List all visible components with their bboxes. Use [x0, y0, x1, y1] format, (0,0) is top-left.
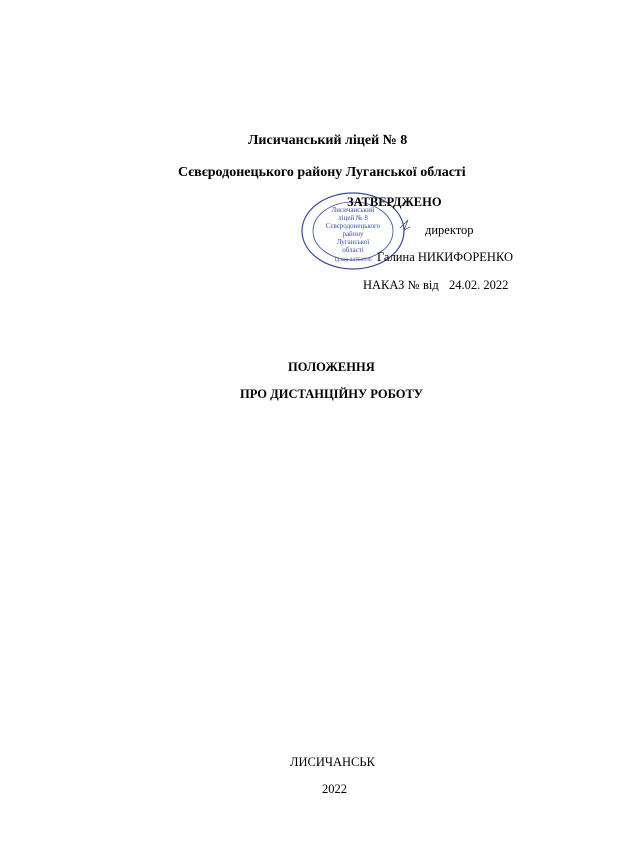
- footer-city: ЛИСИЧАНСЬК: [290, 755, 375, 770]
- footer-year: 2022: [322, 782, 347, 797]
- document-title: ПОЛОЖЕННЯ: [288, 360, 375, 375]
- order-number-label: НАКАЗ №: [363, 278, 419, 293]
- stamp-line: Сєвєродонецького: [326, 222, 381, 230]
- stamp-line: району: [342, 230, 364, 238]
- stamp-line: Луганської: [337, 238, 370, 246]
- school-name: Лисичанський ліцей № 8: [248, 133, 407, 149]
- stamp-line: області: [342, 246, 364, 254]
- document-subtitle: ПРО ДИСТАНЦІЙНУ РОБОТУ: [240, 387, 423, 402]
- stamp-code: Ід.код 33751936: [334, 257, 371, 263]
- order-date-label: від: [423, 278, 439, 293]
- approval-title: ЗАТВЕРДЖЕНО: [347, 195, 442, 210]
- approval-position: директор: [425, 223, 474, 238]
- stamp-line: ліцей № 8: [338, 214, 368, 222]
- school-district: Сєвєродонецького району Луганської облас…: [178, 165, 466, 181]
- approval-signatory: Галина НИКИФОРЕНКО: [377, 250, 513, 265]
- order-date: 24.02. 2022: [449, 278, 508, 293]
